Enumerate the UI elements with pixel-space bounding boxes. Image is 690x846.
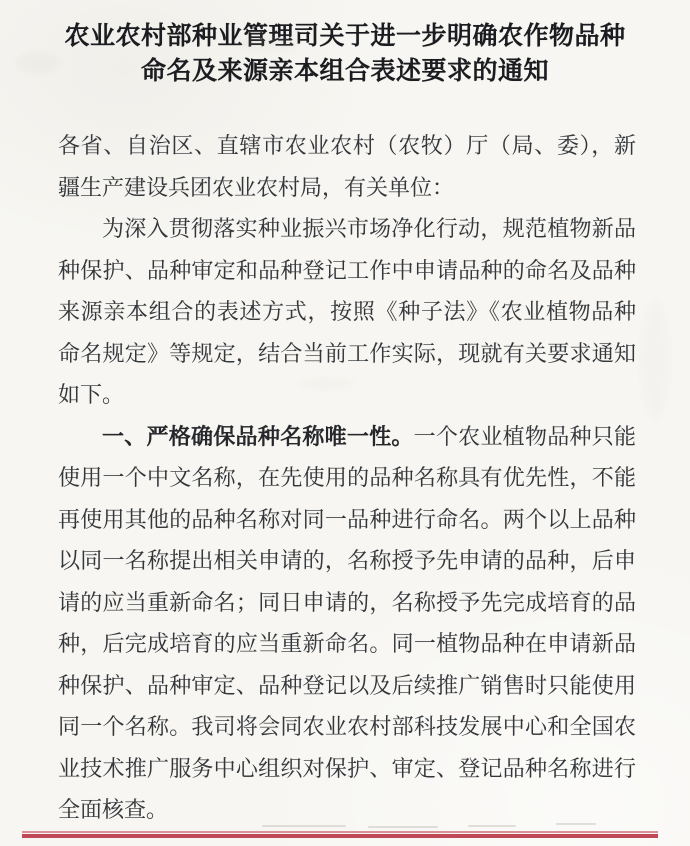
scanned-notice-page: 农业农村部种业管理司关于进一步明确农作物品种 命名及来源亲本组合表述要求的通知 …: [0, 0, 690, 846]
document-title: 农业农村部种业管理司关于进一步明确农作物品种 命名及来源亲本组合表述要求的通知: [0, 0, 690, 89]
document-body: 各省、自治区、直辖市农业农村（农牧）厅（局、委），新疆生产建设兵团农业农村局，有…: [58, 125, 636, 831]
document-title-line-1: 农业农村部种业管理司关于进一步明确农作物品种: [0, 19, 690, 54]
scan-smudge: [640, 300, 670, 420]
section-1-heading: 一、严格确保品种名称唯一性。: [102, 424, 414, 449]
section-1-paragraph: 一、严格确保品种名称唯一性。一个农业植物品种只能使用一个中文名称，在先使用的品种…: [58, 416, 636, 831]
section-1-text: 一个农业植物品种只能使用一个中文名称，在先使用的品种名称具有优先性，不能再使用其…: [58, 424, 636, 823]
intro-paragraph: 为深入贯彻落实种业振兴市场净化行动，规范植物新品种保护、品种审定和品种登记工作中…: [58, 208, 636, 416]
red-divider-line: [22, 831, 658, 838]
document-title-line-2: 命名及来源亲本组合表述要求的通知: [0, 54, 690, 89]
salutation: 各省、自治区、直辖市农业农村（农牧）厅（局、委），新疆生产建设兵团农业农村局，有…: [58, 125, 636, 208]
